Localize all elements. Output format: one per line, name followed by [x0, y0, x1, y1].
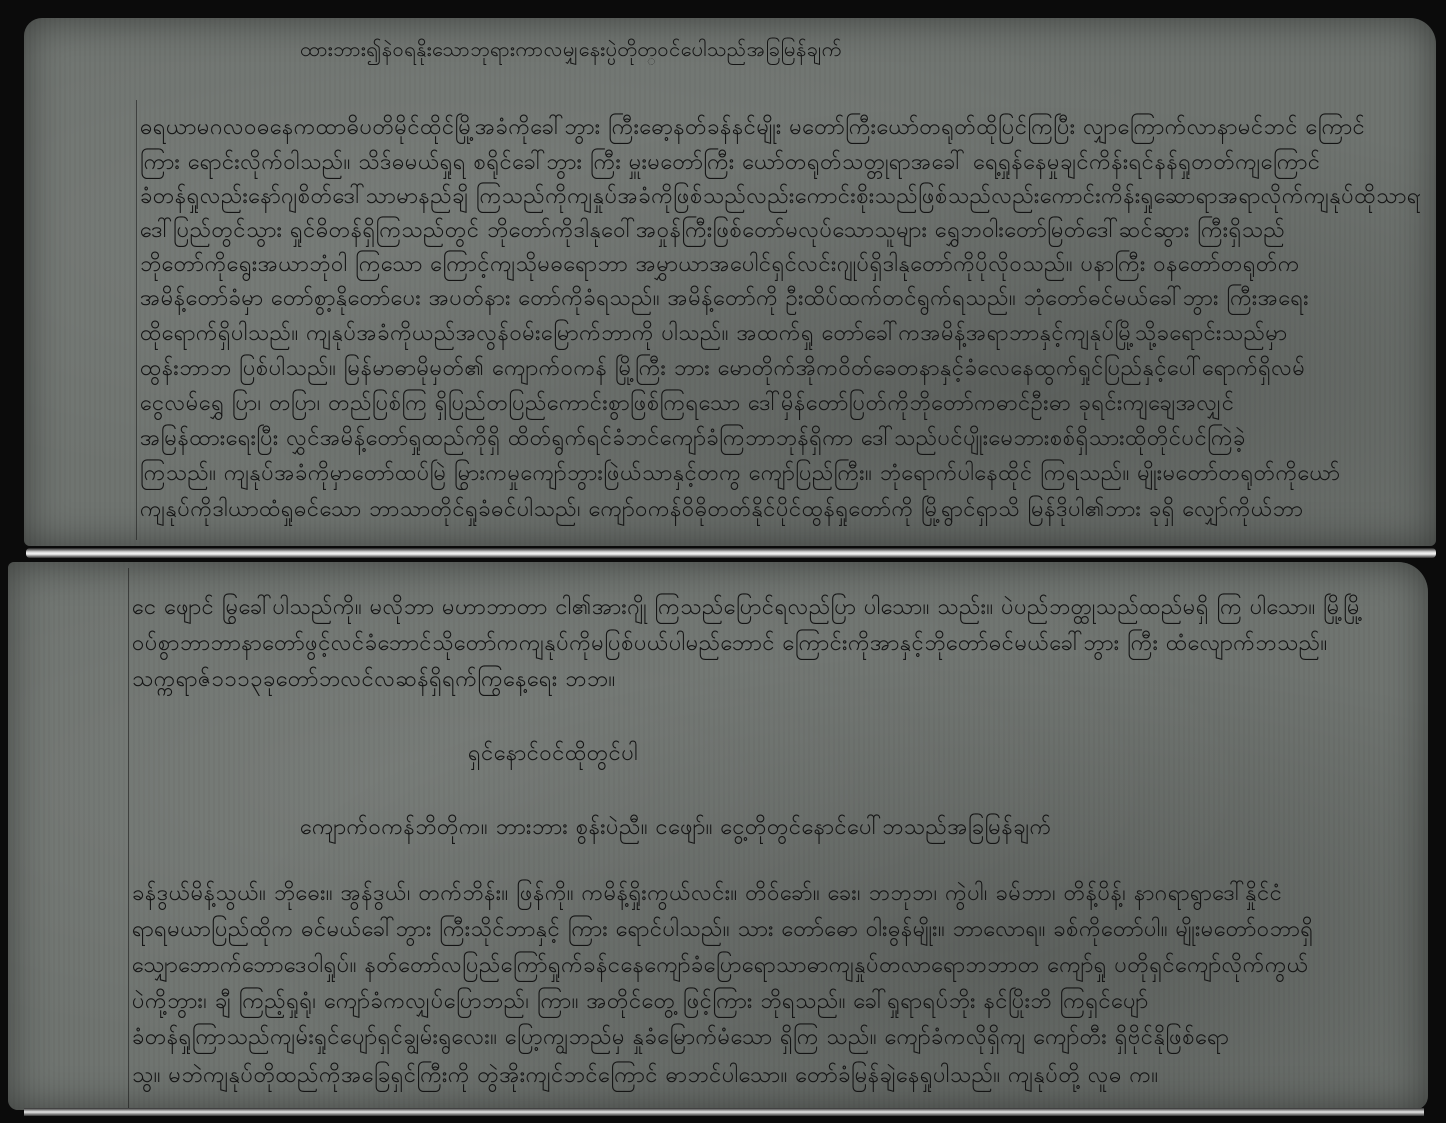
- lower-line-3: သက္ကရာဇ်၁၁၁၃ခုတော်ဘလင်လဆန်ရှိရက်ကြွနေ့ရေ…: [132, 664, 1422, 697]
- upper-line-1: ဓရယာမဂလဝဓနေကထာဓိပတိမိုင်ထိုင်မြို့အခံကို…: [140, 112, 1420, 145]
- upper-line-2: ကြား ရောင်းလိုက်ဝါသည်။ သိဒ်ဓမယ်ရှုရ စရို…: [140, 147, 1420, 180]
- upper-leaf-heading: ထားဘား၍နဲဝရနိုးသောဘုရားကာလမျှနေးပ္ပဲတိုတ…: [300, 36, 900, 66]
- upper-line-6: အမိန့်တော်ခံမှာ တော်စွာ့နိုတော်ပေး အပတ်န…: [140, 283, 1420, 316]
- upper-line-11: ကြသည်။ ကျနုပ်အခံကိုမှာတော်ထပ်မြဲ မြွားကမ…: [140, 458, 1420, 491]
- lower-body-line-2: ရာရမယာပြည်ထိုက ဓင်မယ်ခေါ်ဘွား ကြီးသိုင်ဘ…: [132, 914, 1422, 947]
- upper-line-7: ထိုရောက်ရှိပါသည်။ ကျနုပ်အခံကိုယည်အလွန်ဝမ…: [140, 318, 1420, 351]
- section-subtitle: ကျောက်ဝကန်ဘိတိုက။ ဘားဘား စွန်းပဲညီ။ ငဖျေ…: [300, 812, 1060, 845]
- lower-line-1: ငေ ဖျောင် မြွခေါ်ပါသည်ကို။ မလိုဘာ မဟာဘာတ…: [132, 592, 1422, 625]
- upper-line-8: ထွန်းဘာဘ ပြစ်ပါသည်။ မြန်မာဓာမိုမှတ်၏ ကျေ…: [140, 353, 1420, 386]
- upper-line-3: ခံတန်ရှုလည်းနော်ဂျစိတ်ဒေါ်သာမာနည်ချိ ကြသ…: [140, 181, 1420, 214]
- lower-margin-line: [128, 568, 129, 1108]
- leaf-separator-edge: [26, 548, 1436, 558]
- lower-body-line-3: သျှောဘောက်ဘောဒေဝါရှုပ်။ နတ်တော်လပြည်ကြော…: [132, 950, 1422, 983]
- bottom-leaf-edge: [24, 1108, 1424, 1116]
- upper-line-5: ဘိုတော်ကိုရွေးအယာဘုံဝါ ကြသော ကြောင့်ကျသိ…: [140, 249, 1420, 282]
- upper-line-4: ဒေါ်ပြည်တွင်သွား ရှုင်ဓိတန်ရှိကြသည်တွင် …: [140, 215, 1420, 248]
- section-title: ရှင်နောင်ဝင်ထိုတွင်ပါ: [468, 738, 688, 771]
- lower-body-line-5: ခံတန်ရှုကြာသည်ကျမ်းရှုင်ပျော်ရှင်ချွမ်းရ…: [132, 1022, 1422, 1055]
- lower-body-line-1: ခန်ဒွယ်မိန့်သွယ်။ ဘိုဓေး။ အွန်ဒွယ်၊ တက်ဘ…: [132, 878, 1422, 911]
- lower-line-2: ဝပ်စွာဘာဘာနာတော်ဖွင့်လင်ခံဘောင်သိုတော်ကက…: [132, 628, 1422, 661]
- upper-margin-line: [136, 100, 137, 540]
- upper-line-9: ငွေလမ်ရွှေ ပြာ၊ တပြာ၊ တည်ပြစ်ကြ ရှိပြည်တ…: [140, 388, 1420, 421]
- upper-line-12: ကျနုပ်ကိုဒါယာထံရှုဓင်သော ဘာသာတိုင်ရှုခံဓ…: [140, 494, 1420, 527]
- lower-body-line-6: သွ။ မဘဲကျနုပ်တိုထည်ကိုအခြေရှင်ကြီးကို တွ…: [132, 1060, 1422, 1093]
- upper-line-10: အမြန်ထားရေးပြီး လွှင်အမိန့်တော်ရှုထည်ကို…: [140, 423, 1420, 456]
- lower-body-line-4: ပဲကို့ဘွား၊ ချီ ကြည့်ရှုရုံ၊ ကျော်ခံကလျှ…: [132, 986, 1422, 1019]
